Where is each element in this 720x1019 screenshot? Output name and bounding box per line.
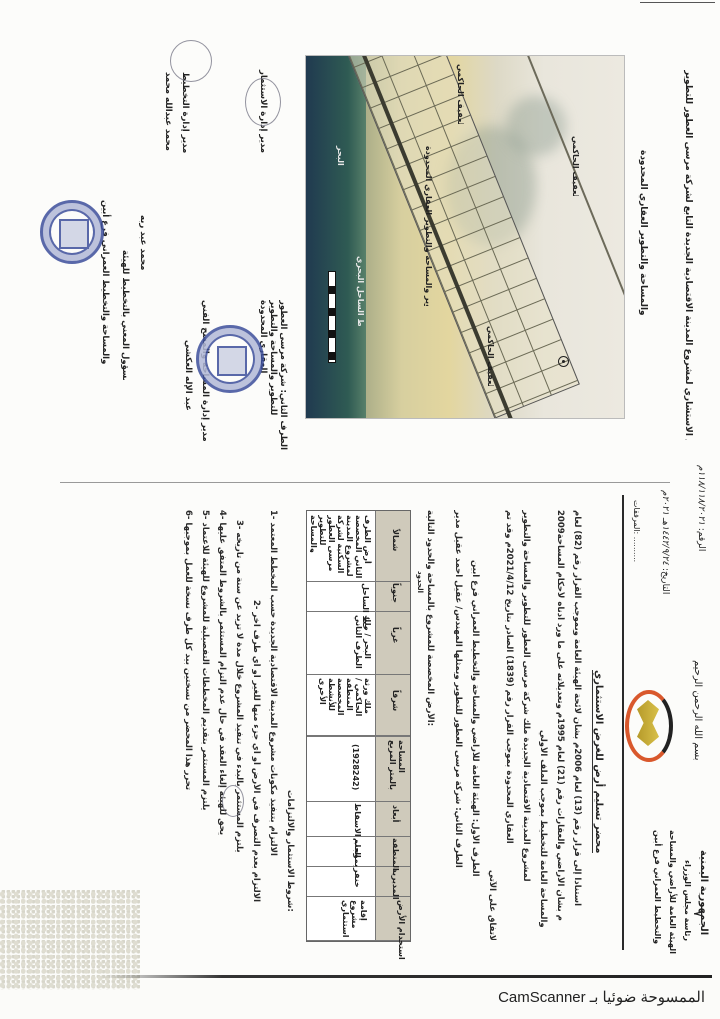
ref-number: الرقم: ١١٨/١١٨/٢٠٢١م <box>696 465 706 551</box>
map-label-owner-north: ملكية ورثة ماهر بن محمد بن العفيف الحاكم… <box>456 64 465 124</box>
condition-3: 3- يلتزم المستثمر بالبدء في تنفيذ المشرو… <box>234 520 244 940</box>
condition-4: 4- يحق للهيئة إلغاء العقد في حال عدم الت… <box>217 510 227 940</box>
map-scale-bar <box>328 271 336 363</box>
map-sheet-title-line-2: والمساحة والتطوير العقاري المحدودة <box>638 150 648 316</box>
signature-name-authority: المسؤول المعني بالتخطيط للهيئة <box>120 250 130 380</box>
signature-initial <box>222 785 244 817</box>
top-scan-edge <box>640 2 715 3</box>
camscanner-watermark: الممسوحة ضوئيا بـ CamScanner <box>430 988 705 1006</box>
map-sheet-title-line-1: إفادة الموقع الاستشاري لمشروع المدينة ال… <box>683 70 693 440</box>
scanned-page: إفادة الموقع الاستشاري لمشروع المدينة ال… <box>0 0 720 980</box>
signature-investment <box>245 78 281 126</box>
org-line-4: والتخطيط العمراني فرع أبين <box>653 830 662 944</box>
condition-2: 2- الالتزام بعدم التصرف في الأرض أو أي ج… <box>251 600 261 940</box>
table-row: المساحة بالمتر المربع (1928242) <box>307 736 410 802</box>
boundaries-header: الحدود <box>416 571 424 593</box>
org-line-3: الهيئة العامة للأراضي والمساحة <box>668 830 677 954</box>
area-value: (1928242) <box>351 744 360 790</box>
conditions-heading: شروط الاستثمار والالتزامات: <box>285 790 295 940</box>
authority-stamp <box>40 200 104 264</box>
attachments-label: المرفقات: <box>632 500 641 534</box>
condition-5: 5- يلتزم المستثمر بتقديم المخططات التفصي… <box>200 510 210 940</box>
table-cell: خنفر <box>353 868 362 888</box>
land-details-table: استخدام الأرض إقامة مشروع استثماري المدي… <box>306 510 411 942</box>
org-line-1: الجمهورية اليمنية <box>698 850 709 935</box>
boundaries-block: الحدود شرقاً ملك ورثة الحاكمي / المنطقة … <box>307 511 410 737</box>
condition-1: 1- الالتزام بتنفيذ مكونات مشروع المدينة … <box>268 510 278 940</box>
body-line-5: العقاري المحدودة بموجب القرار رقم (1839)… <box>504 510 514 940</box>
company-stamp <box>196 325 264 393</box>
condition-6: 6- تحرر هذا المحضر من نسختين بيد كل طرف … <box>183 510 193 940</box>
body-line-1: استناداً إلى قرار رقم (13) لعام 2006م بش… <box>572 510 582 940</box>
body-line-8: الطرف الثاني: شركة مرسى العطور للتطوير و… <box>453 510 463 940</box>
date-label: التاريخ: <box>660 568 670 594</box>
boundary-row-south: جنوباً خط الساحل <box>307 581 410 612</box>
attachments: المرفقات: .......... <box>632 500 641 562</box>
sheet-divider <box>60 482 670 483</box>
map-label-coast: خط الساحل البحري <box>356 256 365 326</box>
yemen-emblem-icon <box>625 690 669 756</box>
signature-planning <box>170 40 212 82</box>
map-label-owner-east: ملكية ورثة ماهر بن محمد بن العفيف الحاكم… <box>571 136 580 196</box>
org-line-2: رئاسة مجلس الوزراء <box>683 860 692 941</box>
signature-title-planning: مدير إدارة التخطيط <box>180 72 190 153</box>
boundary-row-west: غرباً البحر / ملك الطرف الثاني <box>307 611 410 675</box>
boundary-row-east: شرقاً ملك ورثة الحاكمي / المنطقة المخصصة… <box>307 674 410 736</box>
map-label-owner-south: ملكية ورثة ماهر بن محمد بن العفيف الحاكم… <box>486 326 495 386</box>
table-row: استخدام الأرض إقامة مشروع استثماري <box>307 896 410 941</box>
boundary-row-north: شمالاً أرض الطرف الثاني المخصصة لمشروع ا… <box>307 511 410 582</box>
table-cell: إقامة مشروع استثماري <box>341 900 368 938</box>
table-cell: بموجب الاسقاط <box>353 803 362 867</box>
ref-date: التاريخ: ١٤٤٢/٩/٢٤هـ ٢٠٢١م <box>660 490 670 594</box>
map-label-sea: البحر <box>336 146 345 166</box>
signature-title-authority: محمد عبد ربه <box>138 215 148 270</box>
scan-edge-line <box>100 975 712 978</box>
form-title: محضر تسليم أرض للغرض الاستثماري <box>592 670 604 853</box>
body-line-4: لمشروع المدينة الاقتصادية الجديدة ملك شر… <box>521 510 531 940</box>
sea-area <box>306 56 366 418</box>
body-line-2: 2009م بشأن الأراضي والعقارات رقم (21) لع… <box>555 510 565 940</box>
table-row: أبعاد بموجب الاسقاط <box>307 801 410 837</box>
bismillah: بسم الله الرحمن الرحيم <box>692 660 703 761</box>
ref-number-label: الرقم: <box>696 528 706 552</box>
site-map: أرض شركة مرسى العطور للتطوير والمساحة وا… <box>305 55 625 419</box>
body-line-3: والمساحة العامة للتخطيط بموجب الملف الأو… <box>538 730 548 940</box>
body-line-7: الطرف الأول: الهيئة العامة للأراضي والمس… <box>470 560 480 940</box>
map-label-plot: أرض شركة مرسى العطور للتطوير والمساحة وا… <box>424 146 433 306</box>
location-marker-icon <box>558 356 569 367</box>
body-line-9: الأرض المخصصة للمشروع بالمساحة والحدود ا… <box>425 510 435 940</box>
date-value: ١٤٤٢/٩/٢٤هـ ٢٠٢١م <box>660 490 670 565</box>
signature-name-survey: عبد الإله العكشي <box>183 340 193 411</box>
signature-name-planning: محمد عبدالله محمد <box>163 72 173 151</box>
ref-number-value: ١١٨/١١٨/٢٠٢١م <box>696 465 706 525</box>
header-rule <box>622 495 624 950</box>
signature-title-second-party: الطرف الثاني: شركة مرسى العطور للتطوير و… <box>258 300 288 450</box>
body-line-6: الاتفاق على الآتي: <box>487 870 497 940</box>
